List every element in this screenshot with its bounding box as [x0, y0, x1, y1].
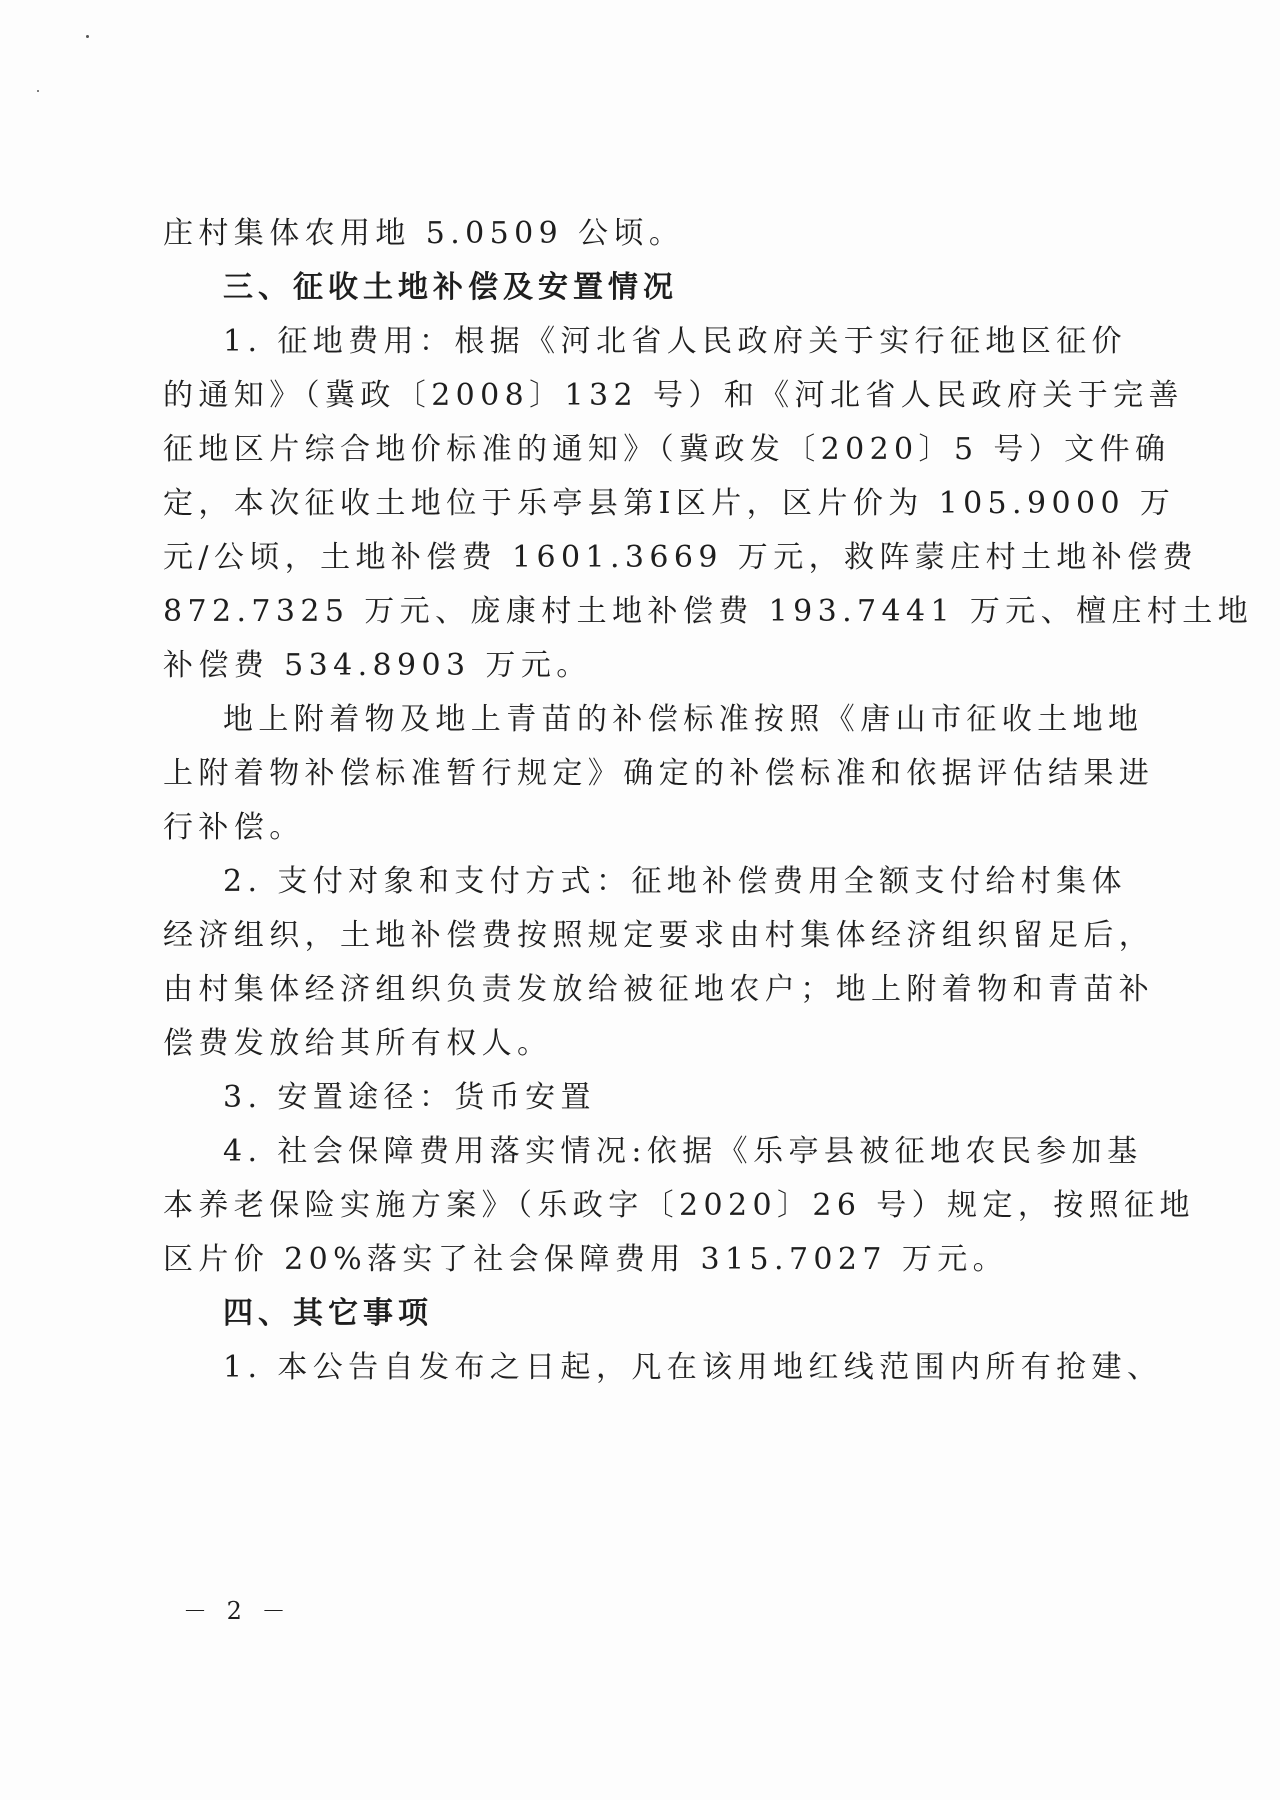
text-line: 872.7325 万元、庞康村土地补偿费 193.7441 万元、檀庄村土地	[163, 592, 993, 632]
text-line: 定，本次征收土地位于乐亭县第Ⅰ区片，区片价为 105.9000 万	[163, 484, 993, 524]
page-number: － 2 －	[183, 1596, 292, 1626]
document-page: 庄村集体农用地 5.0509 公顷。三、征收土地补偿及安置情况1. 征地费用：根…	[0, 0, 1280, 1800]
text-line: 行补偿。	[163, 808, 993, 848]
text-line: 1. 本公告自发布之日起，凡在该用地红线范围内所有抢建、	[223, 1348, 993, 1388]
text-line: 上附着物补偿标准暂行规定》确定的补偿标准和依据评估结果进	[163, 754, 993, 794]
text-line: 区片价 20%落实了社会保障费用 315.7027 万元。	[163, 1240, 993, 1280]
text-line: 经济组织，土地补偿费按照规定要求由村集体经济组织留足后，	[163, 916, 993, 956]
text-line: 元/公顷，土地补偿费 1601.3669 万元，救阵蒙庄村土地补偿费	[163, 538, 993, 578]
text-line: 1. 征地费用：根据《河北省人民政府关于实行征地区征价	[223, 322, 993, 362]
text-line: 2. 支付对象和支付方式：征地补偿费用全额支付给村集体	[223, 862, 993, 902]
section-heading: 四、其它事项	[223, 1294, 993, 1334]
text-line: 偿费发放给其所有权人。	[163, 1024, 993, 1064]
section-heading: 三、征收土地补偿及安置情况	[223, 268, 993, 308]
text-line: 由村集体经济组织负责发放给被征地农户；地上附着物和青苗补	[163, 970, 993, 1010]
text-line: 征地区片综合地价标准的通知》（冀政发〔2020〕5 号）文件确	[163, 430, 993, 470]
text-line: 庄村集体农用地 5.0509 公顷。	[163, 214, 993, 254]
text-line: 补偿费 534.8903 万元。	[163, 646, 993, 686]
scan-speck	[86, 35, 89, 38]
scan-speck	[37, 90, 39, 92]
text-line: 4. 社会保障费用落实情况:依据《乐亭县被征地农民参加基	[223, 1132, 993, 1172]
text-line: 3. 安置途径：货币安置	[223, 1078, 993, 1118]
text-line: 本养老保险实施方案》（乐政字〔2020〕26 号）规定，按照征地	[163, 1186, 993, 1226]
text-line: 地上附着物及地上青苗的补偿标准按照《唐山市征收土地地	[223, 700, 993, 740]
text-line: 的通知》（冀政〔2008〕132 号）和《河北省人民政府关于完善	[163, 376, 993, 416]
